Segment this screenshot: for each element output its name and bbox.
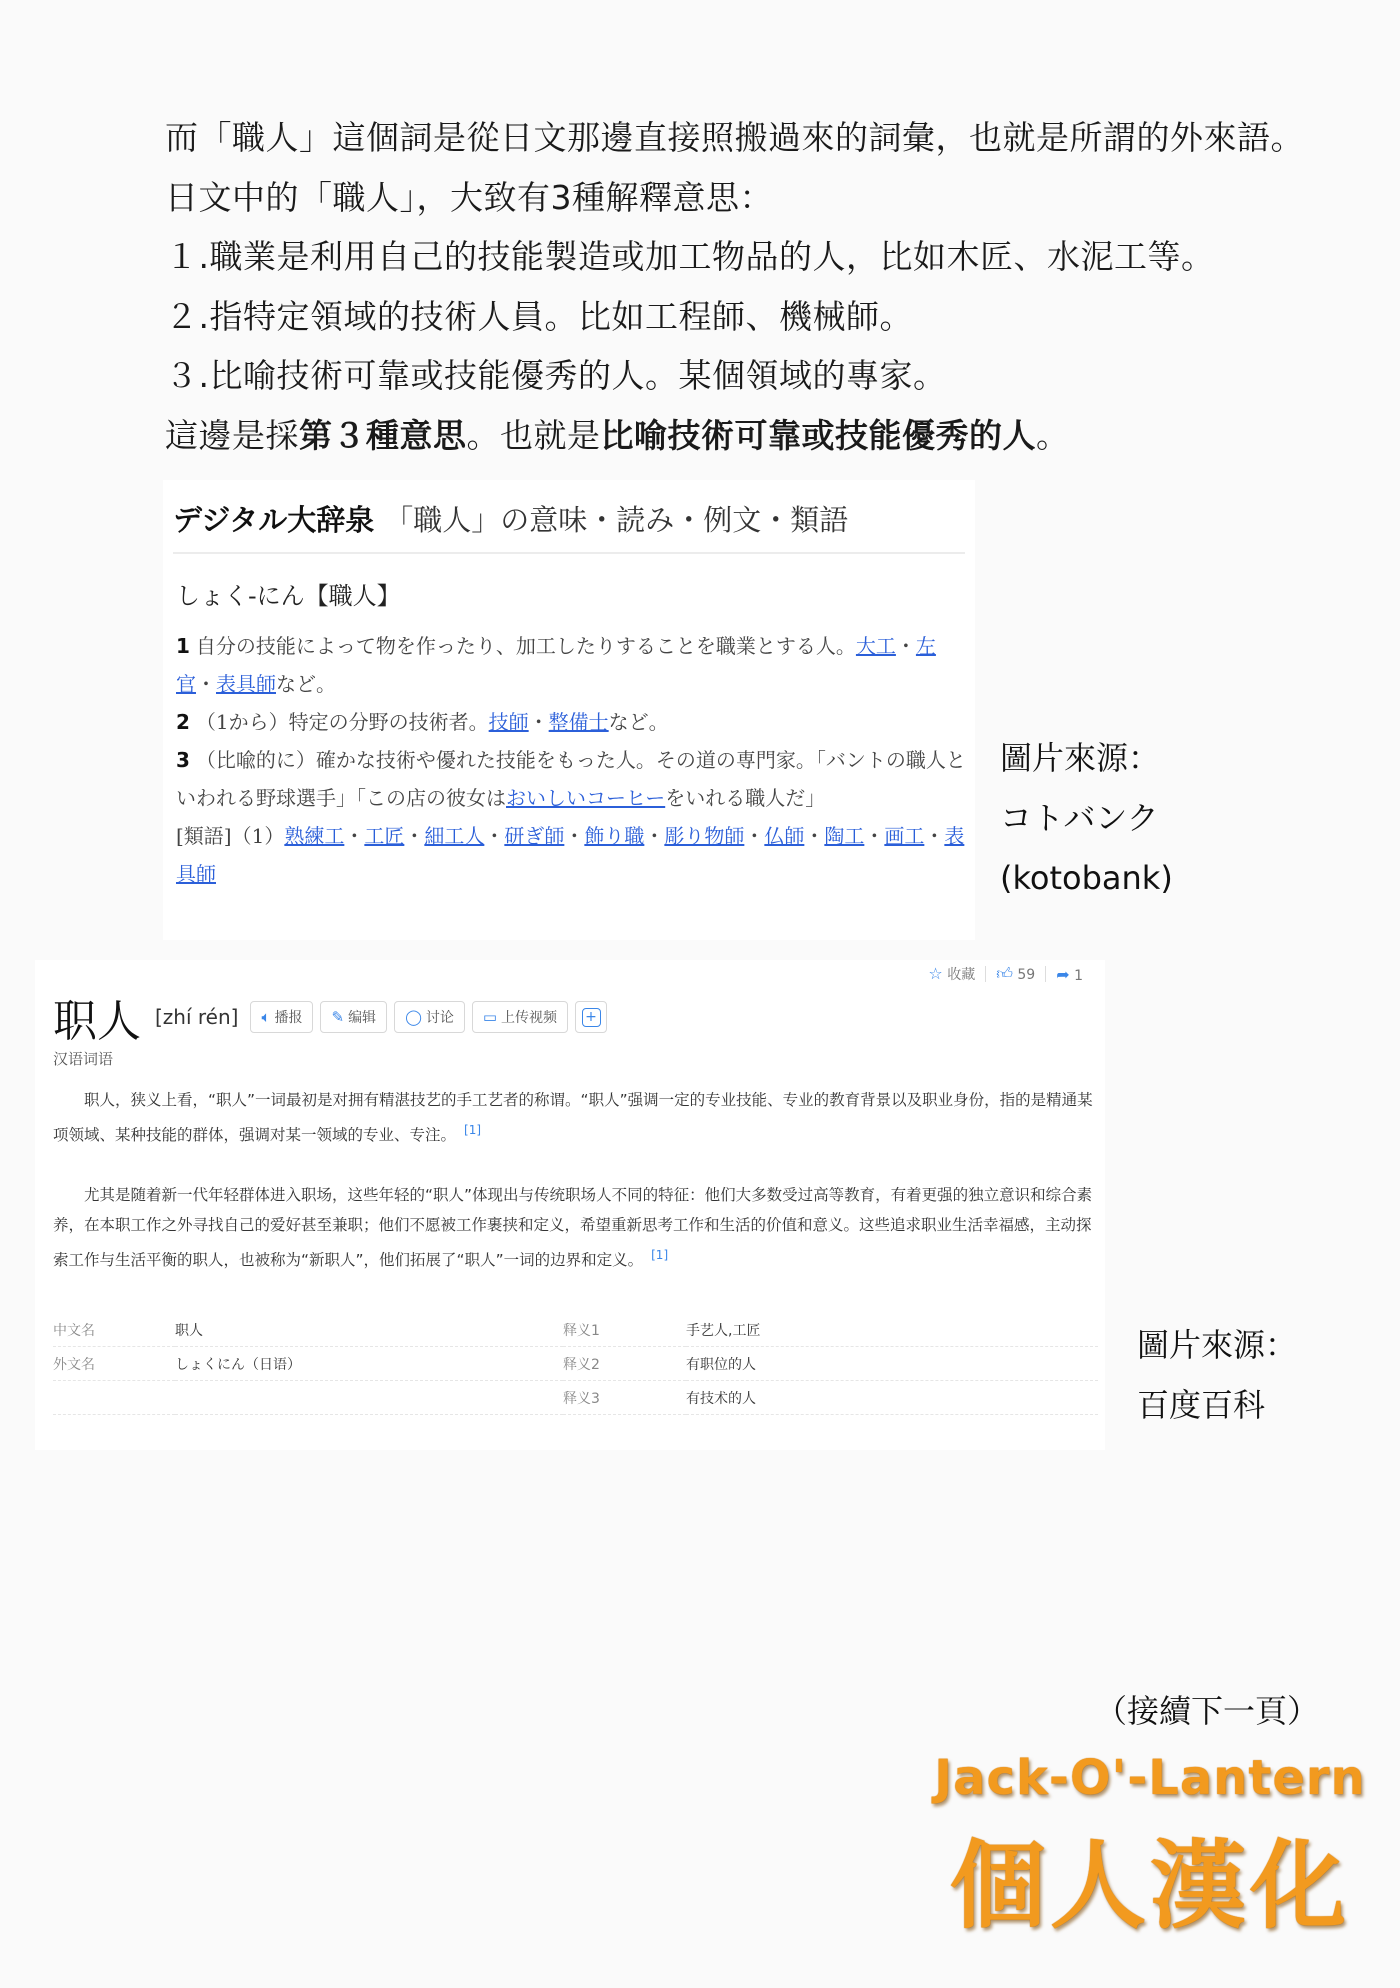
definition-number: 2 — [176, 710, 190, 734]
source-name: コトバンク — [1000, 788, 1173, 848]
pinyin: [zhí rén] — [155, 1005, 238, 1029]
star-icon: ☆ — [928, 964, 942, 983]
source-name: 百度百科 — [1137, 1375, 1297, 1435]
definition-text: （1から）特定の分野の技術者。 — [196, 710, 489, 734]
like-count: 59 — [1017, 967, 1035, 983]
edit-button[interactable]: ✎编辑 — [320, 1001, 387, 1033]
baidu-title-row: 职人 [zhí rén] 🔈︎播报 ✎编辑 ◯讨论 ▭上传视频 + — [53, 985, 614, 1049]
paragraph-text: 职人，狭义上看，“职人”一词最初是对拥有精湛技艺的手工艺者的称谓。“职人”强调一… — [53, 1091, 1093, 1144]
definition-suffix: など。 — [609, 710, 669, 734]
definition-suffix: をいれる職人だ」 — [665, 786, 825, 810]
divider — [173, 552, 965, 554]
image-source-baidu: 圖片來源： 百度百科 — [1137, 1315, 1297, 1435]
definition-3: 3（比喩的に）確かな技術や優れた技能をもった人。その道の専門家。「バントの職人と… — [176, 741, 966, 817]
info-value: 有职位的人 — [686, 1347, 1098, 1381]
definition-number: 3 — [176, 748, 190, 772]
continued-next-page: （接續下一頁） — [1095, 1686, 1319, 1732]
thumbs-up-icon: 👍︎ — [996, 964, 1013, 983]
button-label: 讨论 — [426, 1007, 454, 1027]
info-value: 职人 — [175, 1313, 563, 1347]
favorite-label: 收藏 — [947, 967, 975, 983]
basic-info-table: 中文名 职人 释义1 手艺人,工匠 外文名 しょくにん（日语） 释义2 有职位的… — [53, 1313, 1098, 1415]
conclusion-middle: 。也就是 — [467, 416, 601, 455]
logo-chinese: 個人漢化 — [915, 1810, 1385, 1947]
citation-link[interactable]: [1] — [464, 1123, 481, 1137]
video-camera-icon: ▭ — [483, 1008, 497, 1026]
conclusion-line: 這邊是採第３種意思。也就是比喻技術可靠或技能優秀的人。 — [165, 406, 1385, 466]
baidu-screenshot: ☆ 收藏 👍︎ 59 ➦ 1 职人 [zhí rén] 🔈︎播报 ✎编辑 ◯讨论… — [35, 960, 1105, 1450]
info-key: 释义3 — [563, 1381, 686, 1415]
separator — [1045, 966, 1046, 982]
like-button[interactable]: 👍︎ 59 — [996, 964, 1035, 984]
image-source-kotobank: 圖片來源： コトバンク (kotobank) — [1000, 728, 1173, 908]
plus-icon: + — [582, 1008, 601, 1027]
paragraph-text: 尤其是随着新一代年轻群体进入职场，这些年轻的“职人”体现出与传统职场人不同的特征… — [53, 1186, 1092, 1269]
definition-number: 1 — [176, 634, 190, 658]
summary-paragraph-1: 职人，狭义上看，“职人”一词最初是对拥有精湛技艺的手工艺者的称谓。“职人”强调一… — [53, 1085, 1093, 1150]
synonym-link[interactable]: 細工人 — [424, 824, 484, 848]
info-key: 释义2 — [563, 1347, 686, 1381]
dictionary-name: デジタル大辞泉 — [173, 503, 374, 537]
source-label: 圖片來源： — [1000, 728, 1173, 788]
speaker-icon: 🔈︎ — [261, 1008, 270, 1026]
button-label: 播报 — [274, 1007, 302, 1027]
info-value: 有技术的人 — [686, 1381, 1098, 1415]
intro-line: 而「職人」這個詞是從日文那邊直接照搬過來的詞彙，也就是所謂的外來語。 — [165, 108, 1385, 168]
table-row: 释义3 有技术的人 — [53, 1381, 1098, 1415]
synonyms-label: [類語]（1） — [176, 824, 284, 848]
definitions: 1自分の技能によって物を作ったり、加工したりすることを職業とする人。大工・左官・… — [176, 627, 966, 893]
meaning-3: ３.比喻技術可靠或技能優秀的人。某個領域的專家。 — [165, 346, 1385, 406]
definition-2: 2（1から）特定の分野の技術者。技師・整備士など。 — [176, 703, 966, 741]
entry-word: 职人 — [53, 985, 141, 1049]
link-seibishi[interactable]: 整備士 — [549, 710, 609, 734]
link-gishi[interactable]: 技師 — [489, 710, 529, 734]
table-row: 中文名 职人 释义1 手艺人,工匠 — [53, 1313, 1098, 1347]
pencil-icon: ✎ — [331, 1008, 344, 1026]
conclusion-bold-meaning: 第３種意思 — [299, 416, 467, 455]
link-daiku[interactable]: 大工 — [856, 634, 896, 658]
link-oishii-coffee[interactable]: おいしいコーヒー — [506, 786, 665, 810]
meaning-2: ２.指特定領域的技術人員。比如工程師、機械師。 — [165, 287, 1385, 347]
synonyms: [類語]（1）熟練工・工匠・細工人・研ぎ師・飾り職・彫り物師・仏師・陶工・画工・… — [176, 817, 966, 893]
baidu-action-bar: ☆ 收藏 👍︎ 59 ➦ 1 — [928, 964, 1083, 984]
intro-text: 而「職人」這個詞是從日文那邊直接照搬過來的詞彙，也就是所謂的外來語。 日文中的「… — [165, 108, 1385, 465]
page-subtitle: 「職人」の意味・読み・例文・類語 — [384, 503, 848, 537]
synonym-link[interactable]: 画工 — [884, 824, 924, 848]
synonym-link[interactable]: 熟練工 — [284, 824, 344, 848]
info-key: 外文名 — [53, 1347, 175, 1381]
info-key: 中文名 — [53, 1313, 175, 1347]
button-label: 编辑 — [348, 1007, 376, 1027]
info-key — [53, 1381, 175, 1415]
meaning-1: １.職業是利用自己的技能製造或加工物品的人，比如木匠、水泥工等。 — [165, 227, 1385, 287]
link-hyougushi[interactable]: 表具師 — [216, 672, 276, 696]
conclusion-prefix: 這邊是採 — [165, 416, 299, 455]
share-button[interactable]: ➦ 1 — [1056, 965, 1083, 984]
scanlation-group-logo: Jack-O'-Lantern 個人漢化 — [915, 1750, 1385, 1947]
synonym-link[interactable]: 仏師 — [764, 824, 804, 848]
info-value — [175, 1381, 563, 1415]
info-value: しょくにん（日语） — [175, 1347, 563, 1381]
button-label: 上传视频 — [501, 1007, 557, 1027]
definition-suffix: など。 — [276, 672, 336, 696]
info-value: 手艺人,工匠 — [686, 1313, 1098, 1347]
upload-video-button[interactable]: ▭上传视频 — [472, 1001, 568, 1033]
discuss-button[interactable]: ◯讨论 — [394, 1001, 465, 1033]
add-button[interactable]: + — [575, 1001, 607, 1033]
table-row: 外文名 しょくにん（日语） 释义2 有职位的人 — [53, 1347, 1098, 1381]
intro-line: 日文中的「職人」，大致有3種解釋意思： — [165, 168, 1385, 228]
kotobank-screenshot: デジタル大辞泉「職人」の意味・読み・例文・類語 しょく-にん【職人】 1自分の技… — [163, 480, 975, 940]
logo-english: Jack-O'-Lantern — [915, 1750, 1385, 1806]
summary-paragraph-2: 尤其是随着新一代年轻群体进入职场，这些年轻的“职人”体现出与传统职场人不同的特征… — [53, 1180, 1093, 1275]
source-label: 圖片來源： — [1137, 1315, 1297, 1375]
category-label: 汉语词语 — [53, 1048, 113, 1069]
share-icon: ➦ — [1056, 965, 1069, 984]
broadcast-button[interactable]: 🔈︎播报 — [250, 1001, 313, 1033]
share-count: 1 — [1074, 968, 1083, 984]
info-key: 释义1 — [563, 1313, 686, 1347]
synonym-link[interactable]: 陶工 — [824, 824, 864, 848]
definition-1: 1自分の技能によって物を作ったり、加工したりすることを職業とする人。大工・左官・… — [176, 627, 966, 703]
definition-text: 自分の技能によって物を作ったり、加工したりすることを職業とする人。 — [196, 634, 856, 658]
entry-headword: しょく-にん【職人】 — [176, 576, 401, 611]
synonym-link[interactable]: 飾り職 — [584, 824, 644, 848]
favorite-button[interactable]: ☆ 收藏 — [928, 964, 975, 984]
source-name-en: (kotobank) — [1000, 848, 1173, 908]
citation-link[interactable]: [1] — [651, 1248, 668, 1262]
chat-bubble-icon: ◯ — [405, 1008, 422, 1026]
conclusion-bold-definition: 比喻技術可靠或技能優秀的人 — [601, 416, 1037, 455]
kotobank-header: デジタル大辞泉「職人」の意味・読み・例文・類語 — [173, 498, 848, 539]
conclusion-suffix: 。 — [1036, 416, 1070, 455]
synonym-link[interactable]: 工匠 — [364, 824, 404, 848]
synonym-link[interactable]: 彫り物師 — [664, 824, 744, 848]
separator — [985, 966, 986, 982]
synonym-link[interactable]: 研ぎ師 — [504, 824, 564, 848]
